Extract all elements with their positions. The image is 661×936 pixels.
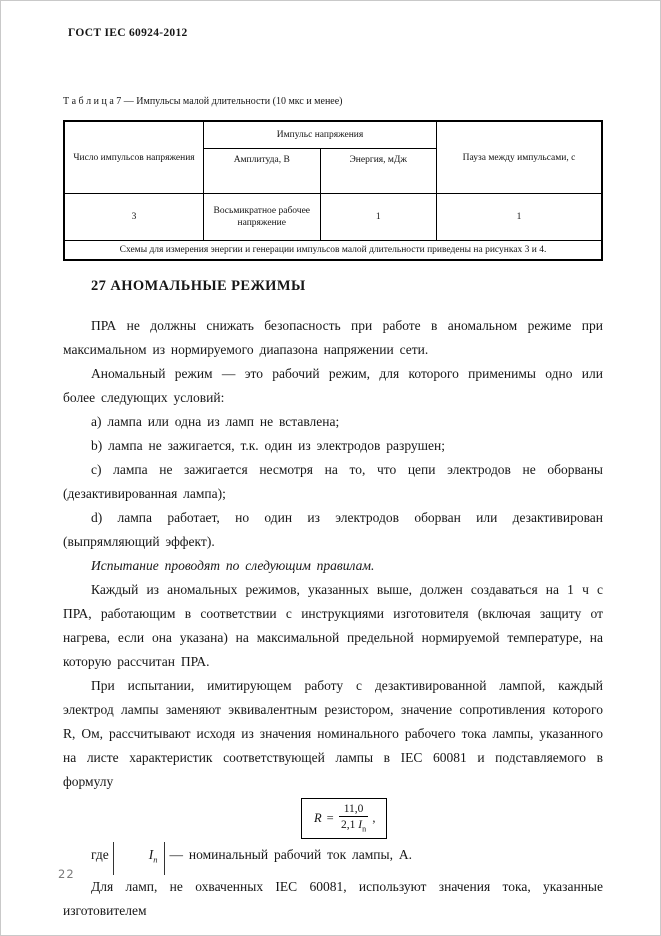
document-page: ГОСТ IEC 60924-2012 Т а б л и ц а 7 — Им… <box>0 0 661 936</box>
document-header-title: ГОСТ IEC 60924-2012 <box>68 27 188 39</box>
list-item-b: b) лампа не зажигается, т.к. один из эле… <box>63 434 603 458</box>
formula-row: R = 11,0 2,1 In , <box>301 798 603 839</box>
table-header-row-1: Число импульсов напряжения Импульс напря… <box>64 121 602 149</box>
table-caption: Т а б л и ц а 7 — Импульсы малой длитель… <box>63 96 343 107</box>
list-item-d: d) лампа работает, но один из электродов… <box>63 506 603 554</box>
current-symbol-subscript: n <box>153 855 157 865</box>
header-pulses-count: Число импульсов напряжения <box>64 121 204 194</box>
body-text-block: ПРА не должны снижать безопасность при р… <box>63 314 603 923</box>
formula-denominator: 2,1 In <box>339 817 369 833</box>
resistance-formula-box: R = 11,0 2,1 In , <box>301 798 387 839</box>
header-pause: Пауза между импульсами, с <box>437 121 603 194</box>
paragraph-intro-1: ПРА не должны снижать безопасность при р… <box>63 314 603 362</box>
cell-energy: 1 <box>320 194 437 241</box>
formula-numerator: 11,0 <box>339 803 369 817</box>
formula-fraction: 11,0 2,1 In <box>339 803 369 833</box>
header-energy: Энергия, мДж <box>320 149 437 194</box>
where-definition-line: гдеIn— номинальный рабочий ток лампы, А. <box>63 842 603 875</box>
current-symbol-box: In <box>113 842 166 875</box>
paragraph-each-mode: Каждый из аномальных режимов, указанных … <box>63 578 603 674</box>
formula-lhs: R <box>314 811 322 826</box>
table-footnote: Схемы для измерения энергии и генерации … <box>64 241 602 261</box>
denominator-coefficient: 2,1 <box>341 819 358 831</box>
where-definition-text: — номинальный рабочий ток лампы, А. <box>169 847 411 862</box>
paragraph-test-rules: Испытание проводят по следующим правилам… <box>63 554 603 578</box>
formula-equals: = <box>327 811 334 826</box>
cell-pause: 1 <box>437 194 603 241</box>
table-row: 3 Восьмикратное рабочее напряжение 1 1 <box>64 194 602 241</box>
paragraph-deactivated-lamp: При испытании, имитирующем работу с деза… <box>63 674 603 794</box>
paragraph-last: Для ламп, не охваченных IEC 60081, испол… <box>63 875 603 923</box>
header-amplitude: Амплитуда, В <box>204 149 321 194</box>
cell-amplitude: Восьмикратное рабочее напряжение <box>204 194 321 241</box>
table-footnote-row: Схемы для измерения энергии и генерации … <box>64 241 602 261</box>
paragraph-intro-2: Аномальный режим — это рабочий режим, дл… <box>63 362 603 410</box>
page-number: 22 <box>58 867 75 881</box>
cell-pulses-count: 3 <box>64 194 204 241</box>
denominator-subscript: n <box>362 824 366 833</box>
list-item-c: c) лампа не зажигается несмотря на то, ч… <box>63 458 603 506</box>
header-voltage-pulse-group: Импульс напряжения <box>204 121 437 149</box>
where-prefix: где <box>91 847 109 862</box>
formula-trailing-comma: , <box>372 811 375 826</box>
pulse-table: Число импульсов напряжения Импульс напря… <box>63 120 603 261</box>
list-item-a: a) лампа или одна из ламп не вставлена; <box>63 410 603 434</box>
section-heading: 27 АНОМАЛЬНЫЕ РЕЖИМЫ <box>91 278 306 295</box>
